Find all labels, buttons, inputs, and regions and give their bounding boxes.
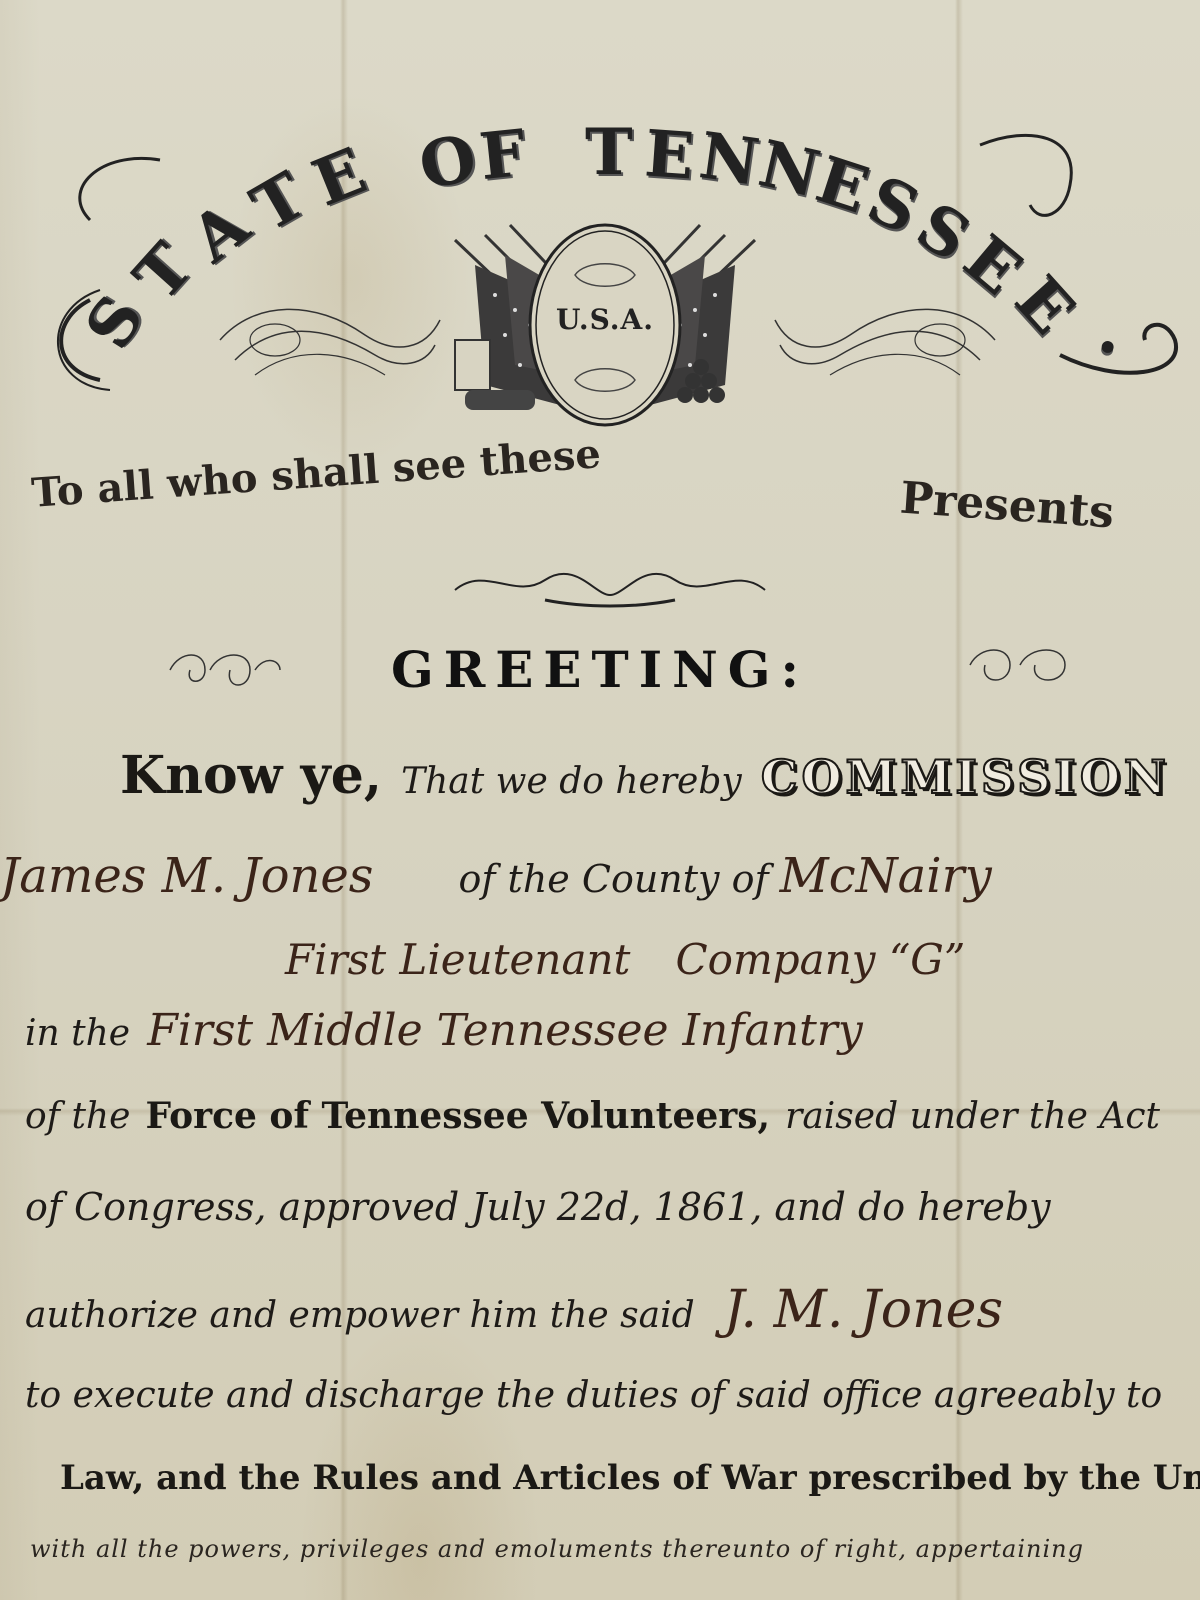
body-line-3: First Lieutenant Company “G”	[285, 935, 965, 984]
body-line-5: of the Force of Tennessee Volunteers, ra…	[25, 1095, 1160, 1137]
salutation: To all who shall see these	[30, 430, 602, 517]
of-the-county-of-text: of the County of	[459, 857, 769, 901]
rank-handwritten: First Lieutenant	[285, 935, 630, 984]
salutation-presents-text: Presents	[898, 473, 1115, 539]
salutation-text: To all who shall see these	[30, 430, 602, 517]
title-letter: E	[642, 116, 696, 194]
congress-date-text: of Congress, approved July 22d, 1861, an…	[25, 1185, 1051, 1229]
body-line-10: with all the powers, privileges and emol…	[30, 1535, 1084, 1563]
cannon-icon	[465, 390, 535, 410]
body-line-7: authorize and empower him the said J. M.…	[25, 1280, 1003, 1340]
regiment-handwritten: First Middle Tennessee Infantry	[147, 1005, 863, 1056]
emblem-usa-text: U.S.A.	[435, 303, 775, 336]
commission-text: COMMISSION	[761, 750, 1170, 804]
body-line-1: Know ye, That we do hereby COMMISSION	[120, 745, 1170, 806]
body-line-8: to execute and discharge the duties of s…	[25, 1375, 1162, 1416]
right-arch-flourish-icon	[970, 125, 1190, 395]
commissioned-name-handwritten: James M. Jones	[0, 848, 373, 904]
left-swash-flourish-icon	[215, 280, 445, 390]
greeting-left-flourish-icon	[165, 645, 285, 695]
drum-icon	[455, 340, 490, 390]
company-handwritten: Company “G”	[676, 935, 966, 984]
force-of-tennessee-volunteers-text: Force of Tennessee Volunteers,	[146, 1095, 771, 1137]
center-flourish-icon	[445, 560, 775, 610]
body-line-2: James M. Jones of the County of McNairy	[0, 848, 992, 904]
usa-emblem: U.S.A.	[435, 215, 775, 430]
law-rules-articles-text: Law, and the Rules and Articles of War p…	[60, 1458, 1200, 1498]
execute-duties-text: to execute and discharge the duties of s…	[25, 1375, 1162, 1416]
body-line-6: of Congress, approved July 22d, 1861, an…	[25, 1185, 1051, 1229]
that-we-do-hereby-text: That we do hereby	[401, 761, 742, 802]
know-ye-text: Know ye,	[120, 745, 382, 806]
title-letter: E	[303, 134, 376, 222]
left-arch-flourish-icon	[40, 150, 170, 400]
raised-under-the-act-text: raised under the Act	[785, 1096, 1160, 1137]
title-letter: N	[695, 118, 763, 200]
title-letter: O	[413, 120, 483, 205]
greeting-right-flourish-icon	[965, 640, 1075, 690]
powers-privileges-text: with all the powers, privileges and emol…	[30, 1535, 1084, 1563]
title-letter: T	[585, 115, 633, 190]
body-line-4: in the First Middle Tennessee Infantry	[25, 1005, 863, 1056]
county-handwritten: McNairy	[780, 848, 992, 904]
body-line-9: Law, and the Rules and Articles of War p…	[60, 1458, 1200, 1498]
in-the-text: in the	[25, 1013, 130, 1054]
said-name-handwritten: J. M. Jones	[724, 1280, 1003, 1340]
authorize-text: authorize and empower him the said	[25, 1295, 695, 1336]
of-the-text: of the	[25, 1096, 130, 1137]
right-swash-flourish-icon	[770, 280, 1000, 390]
title-letter: F	[476, 116, 529, 195]
salutation-presents: Presents	[898, 473, 1115, 539]
